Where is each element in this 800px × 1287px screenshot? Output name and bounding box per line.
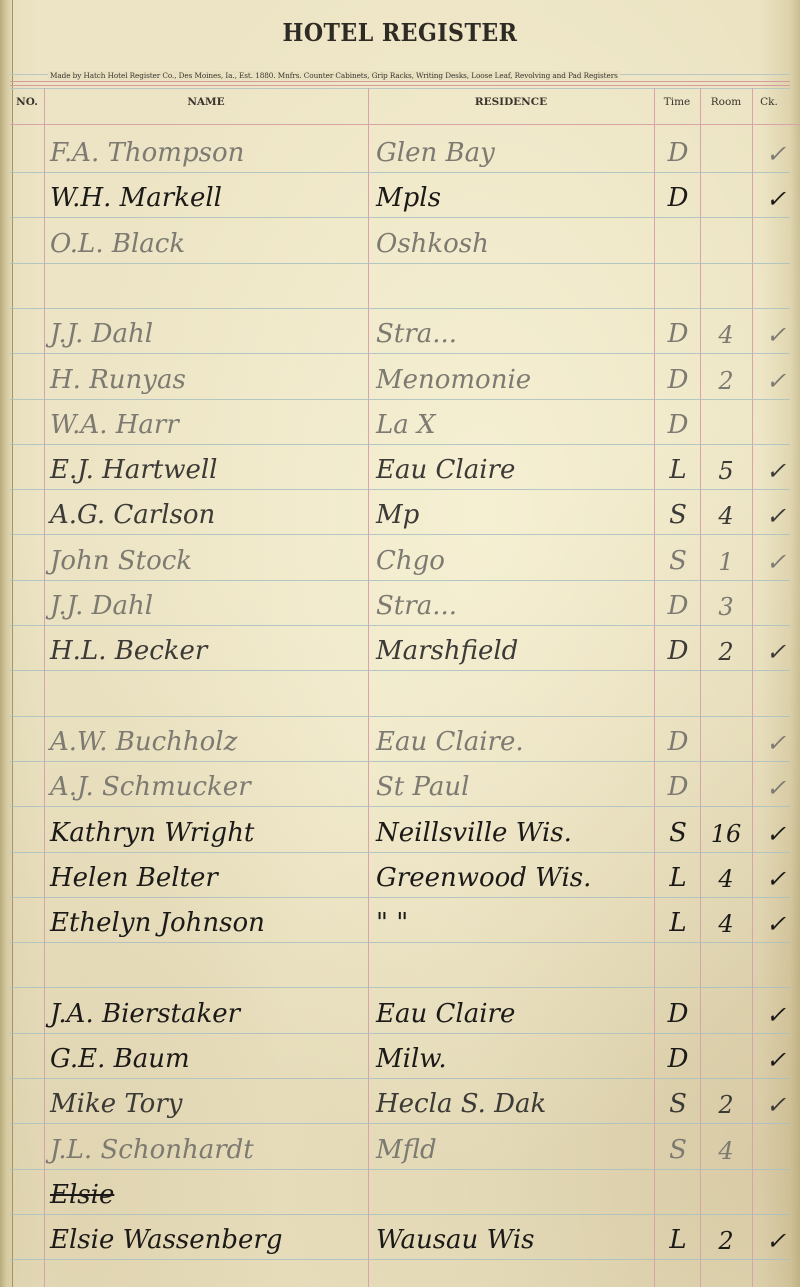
arrival-time: S (660, 818, 696, 848)
guest-name: Elsie Wassenberg (50, 1225, 283, 1255)
guest-name: Helen Belter (50, 863, 218, 893)
arrival-time: D (660, 410, 696, 440)
room-number: 4 (706, 1137, 746, 1165)
register-row: John StockChgoS1✓ (0, 535, 800, 580)
guest-name: H.L. Becker (50, 636, 207, 666)
room-number: 5 (706, 457, 746, 485)
register-row: J.L. SchonhardtMfldS4 (0, 1124, 800, 1169)
guest-name: J.L. Schonhardt (50, 1135, 254, 1165)
guest-name: Elsie (50, 1180, 114, 1210)
register-row: W.A. HarrLa XD (0, 399, 800, 444)
ruled-line (10, 942, 790, 943)
register-row: Elsie WassenbergWausau WisL2✓ (0, 1214, 800, 1259)
guest-residence: Mpls (376, 183, 441, 213)
ruled-line (10, 1259, 790, 1260)
guest-residence: Oshkosh (376, 229, 489, 259)
guest-residence: Eau Claire. (376, 727, 524, 757)
guest-residence: Milw. (376, 1044, 447, 1074)
room-number: 4 (706, 321, 746, 349)
guest-name: John Stock (50, 546, 192, 576)
arrival-time: S (660, 500, 696, 530)
column-header-name: NAME (44, 96, 368, 108)
room-number: 4 (706, 910, 746, 938)
arrival-time: S (660, 1135, 696, 1165)
guest-residence: Glen Bay (376, 138, 495, 168)
arrival-time: L (660, 863, 696, 893)
guest-name: J.J. Dahl (50, 319, 153, 349)
checked-mark: ✓ (756, 1227, 796, 1255)
arrival-time: S (660, 1089, 696, 1119)
guest-name: A.W. Buchholz (50, 727, 237, 757)
register-row: A.G. CarlsonMpS4✓ (0, 489, 800, 534)
room-number: 4 (706, 502, 746, 530)
checked-mark: ✓ (756, 638, 796, 666)
checked-mark: ✓ (756, 774, 796, 802)
register-row: J.A. BierstakerEau ClaireD✓ (0, 988, 800, 1033)
arrival-time: D (660, 319, 696, 349)
checked-mark: ✓ (756, 367, 796, 395)
checked-mark: ✓ (756, 820, 796, 848)
guest-residence: Greenwood Wis. (376, 863, 591, 893)
register-row: H.L. BeckerMarshfieldD2✓ (0, 625, 800, 670)
room-number: 3 (706, 593, 746, 621)
guest-residence: St Paul (376, 772, 469, 802)
guest-residence: Mfld (376, 1135, 437, 1165)
register-row: F.A. ThompsonGlen BayD✓ (0, 127, 800, 172)
room-number: 2 (706, 1227, 746, 1255)
column-header-ck: Ck. (752, 96, 786, 108)
register-row: Elsie (0, 1169, 800, 1214)
guest-residence: Wausau Wis (376, 1225, 535, 1255)
checked-mark: ✓ (756, 1091, 796, 1119)
guest-name: G.E. Baum (50, 1044, 190, 1074)
checked-mark: ✓ (756, 865, 796, 893)
arrival-time: D (660, 183, 696, 213)
checked-mark: ✓ (756, 140, 796, 168)
register-page: HOTEL REGISTER Made by Hatch Hotel Regis… (0, 0, 800, 1287)
page-title: HOTEL REGISTER (32, 18, 768, 47)
register-row: J.J. DahlStra...D3 (0, 580, 800, 625)
ruled-line (10, 670, 790, 671)
register-row: Kathryn WrightNeillsville Wis.S16✓ (0, 807, 800, 852)
guest-name: F.A. Thompson (50, 138, 244, 168)
guest-residence: Chgo (376, 546, 445, 576)
guest-name: W.H. Markell (50, 183, 222, 213)
guest-name: A.J. Schmucker (50, 772, 251, 802)
column-header-time: Time (654, 96, 700, 108)
register-row: A.W. BuchholzEau Claire.D✓ (0, 716, 800, 761)
guest-residence: Mp (376, 500, 419, 530)
register-row: Ethelyn Johnson" "L4✓ (0, 897, 800, 942)
guest-residence: Eau Claire (376, 455, 515, 485)
guest-residence: " " (376, 908, 408, 938)
arrival-time: D (660, 591, 696, 621)
arrival-time: L (660, 908, 696, 938)
guest-residence: Neillsville Wis. (376, 818, 572, 848)
guest-name: J.A. Bierstaker (50, 999, 240, 1029)
register-row: J.J. DahlStra...D4✓ (0, 308, 800, 353)
register-row: W.H. MarkellMplsD✓ (0, 172, 800, 217)
guest-residence: Eau Claire (376, 999, 515, 1029)
arrival-time: D (660, 999, 696, 1029)
checked-mark: ✓ (756, 502, 796, 530)
guest-residence: La X (376, 410, 436, 440)
register-row: G.E. BaumMilw.D✓ (0, 1033, 800, 1078)
arrival-time: D (660, 727, 696, 757)
arrival-time: S (660, 546, 696, 576)
register-row: E.J. HartwellEau ClaireL5✓ (0, 444, 800, 489)
checked-mark: ✓ (756, 910, 796, 938)
arrival-time: D (660, 365, 696, 395)
arrival-time: L (660, 1225, 696, 1255)
arrival-time: D (660, 138, 696, 168)
checked-mark: ✓ (756, 1001, 796, 1029)
column-header-residence: RESIDENCE (368, 96, 654, 108)
guest-name: W.A. Harr (50, 410, 179, 440)
guest-residence: Stra... (376, 591, 457, 621)
guest-residence: Menomonie (376, 365, 531, 395)
checked-mark: ✓ (756, 548, 796, 576)
checked-mark: ✓ (756, 1046, 796, 1074)
guest-residence: Hecla S. Dak (376, 1089, 546, 1119)
guest-name: Ethelyn Johnson (50, 908, 265, 938)
checked-mark: ✓ (756, 457, 796, 485)
room-number: 2 (706, 638, 746, 666)
room-number: 2 (706, 367, 746, 395)
ruled-line (10, 263, 790, 264)
register-row: H. RunyasMenomonieD2✓ (0, 354, 800, 399)
register-row: A.J. SchmuckerSt PaulD✓ (0, 761, 800, 806)
column-header-room: Room (700, 96, 752, 108)
guest-name: A.G. Carlson (50, 500, 215, 530)
register-row: Mike ToryHecla S. DakS2✓ (0, 1078, 800, 1123)
guest-name: E.J. Hartwell (50, 455, 218, 485)
room-number: 16 (706, 820, 746, 848)
header-bottom-rule (10, 124, 800, 125)
checked-mark: ✓ (756, 729, 796, 757)
arrival-time: L (660, 455, 696, 485)
arrival-time: D (660, 1044, 696, 1074)
column-header-no: NO. (10, 96, 44, 108)
guest-residence: Stra... (376, 319, 457, 349)
guest-name: O.L. Black (50, 229, 185, 259)
room-number: 1 (706, 548, 746, 576)
guest-name: H. Runyas (50, 365, 186, 395)
room-number: 2 (706, 1091, 746, 1119)
guest-name: J.J. Dahl (50, 591, 153, 621)
arrival-time: D (660, 636, 696, 666)
register-row: Helen BelterGreenwood Wis.L4✓ (0, 852, 800, 897)
arrival-time: D (660, 772, 696, 802)
header-rule (10, 85, 790, 89)
maker-imprint: Made by Hatch Hotel Register Co., Des Mo… (48, 71, 620, 80)
register-row: O.L. BlackOshkosh (0, 218, 800, 263)
guest-name: Mike Tory (50, 1089, 182, 1119)
checked-mark: ✓ (756, 185, 796, 213)
guest-residence: Marshfield (376, 636, 518, 666)
room-number: 4 (706, 865, 746, 893)
checked-mark: ✓ (756, 321, 796, 349)
guest-name: Kathryn Wright (50, 818, 254, 848)
